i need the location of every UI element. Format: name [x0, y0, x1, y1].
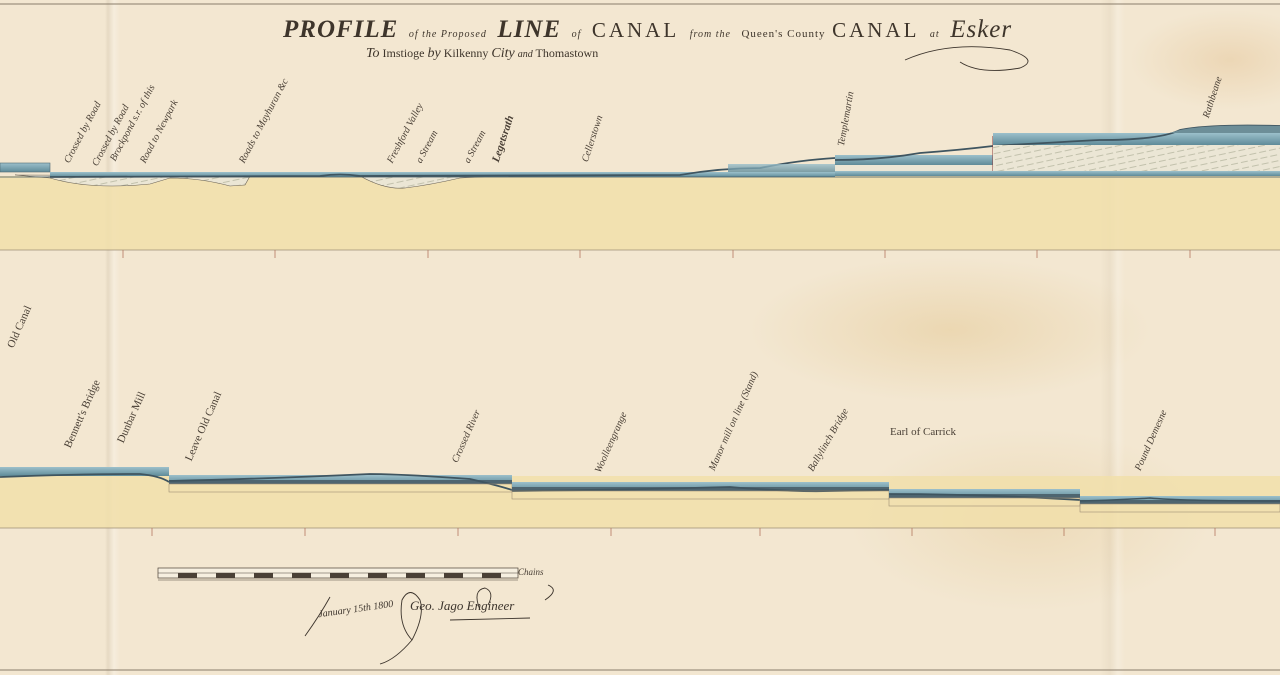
upper-chainage-ticks — [123, 250, 1190, 258]
title-word-profile: PROFILE — [283, 16, 398, 43]
title-place-esker: Esker — [950, 16, 1012, 43]
lower-profile-section — [0, 467, 1280, 536]
subtitle-place-kilkenny: Kilkenny — [444, 46, 489, 60]
upper-profile-section — [0, 126, 1280, 259]
subtitle-place-city: City — [491, 46, 514, 61]
signature-name: Geo. Jago Engineer — [410, 598, 514, 614]
title-connector: at — [930, 29, 940, 40]
title-word-line: LINE — [497, 16, 561, 43]
title-connector: from the — [690, 29, 731, 40]
title-connector: of the Proposed — [409, 29, 487, 40]
scale-bar — [158, 568, 518, 580]
title-connector: of — [572, 29, 582, 40]
title-word-canal: CANAL — [592, 18, 679, 42]
canal-profile-drawing — [0, 0, 1280, 675]
subtitle-prefix: To — [366, 46, 380, 61]
subtitle-place-thomastown: Thomastown — [536, 46, 599, 60]
subtitle-and: and — [518, 49, 533, 60]
subtitle-place-imstioge: Imstioge — [383, 46, 425, 60]
subtitle-by: by — [428, 46, 441, 61]
map-subtitle: To Imstioge by Kilkenny City and Thomast… — [366, 46, 598, 62]
title-origin: Queen's County — [741, 28, 825, 40]
scale-unit-label: Chains — [518, 567, 544, 577]
title-word-canal-2: CANAL — [832, 18, 919, 42]
lower-chainage-ticks — [152, 528, 1215, 536]
map-title: PROFILE of the Proposed LINE of CANAL fr… — [283, 16, 1012, 44]
lower-label-earl-of-carrick: Earl of Carrick — [890, 426, 956, 438]
upper-datum-band — [0, 176, 1280, 250]
